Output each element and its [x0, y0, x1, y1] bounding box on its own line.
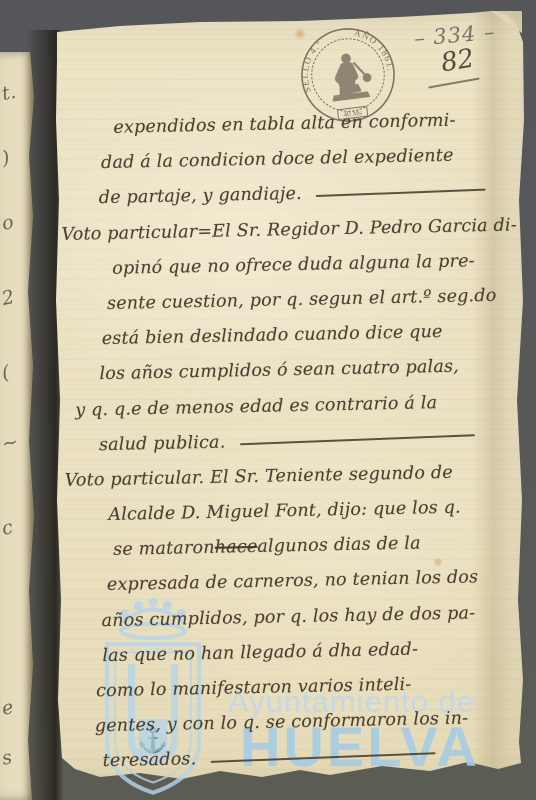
- previous-page-ink-fragment: (: [0, 361, 12, 384]
- manuscript-line-text: algunos dias de la: [257, 527, 421, 566]
- previous-page-ink-fragment: ): [0, 146, 12, 169]
- previous-page-ink-fragment: 2: [0, 286, 16, 310]
- folio-number-ink: 82: [439, 44, 476, 79]
- archive-scan: t.)o2(~ces – 334 – 82 SELLO 4.º AÑO 1861…: [0, 0, 536, 800]
- previous-page-ink-fragment: t.: [0, 81, 18, 105]
- previous-page-ink-fragment: ~: [0, 431, 20, 456]
- previous-page-ink-fragment: s: [0, 746, 14, 770]
- previous-page-ink-fragment: o: [0, 211, 16, 235]
- previous-page-ink-fragment: e: [0, 696, 15, 720]
- manuscript-line-text: dad á la condicion doce del expediente: [101, 139, 454, 182]
- manuscript-line-text: salud publica.: [99, 425, 226, 463]
- paragraph-closing-rule: [316, 189, 486, 198]
- struck-through-word: hace: [214, 530, 257, 566]
- manuscript-text: expendidos en tabla alta en conformi-dad…: [57, 102, 535, 780]
- seated-allegory-figure-icon: [327, 51, 374, 102]
- previous-page-ink-fragment: c: [0, 516, 15, 540]
- manuscript-line-text: de partaje, y gandiaje.: [98, 177, 302, 216]
- manuscript-line-text: teresados.: [102, 743, 197, 780]
- paragraph-closing-rule: [210, 752, 435, 763]
- manuscript-line-text: se mataron: [113, 531, 215, 568]
- paragraph-closing-rule: [240, 435, 475, 446]
